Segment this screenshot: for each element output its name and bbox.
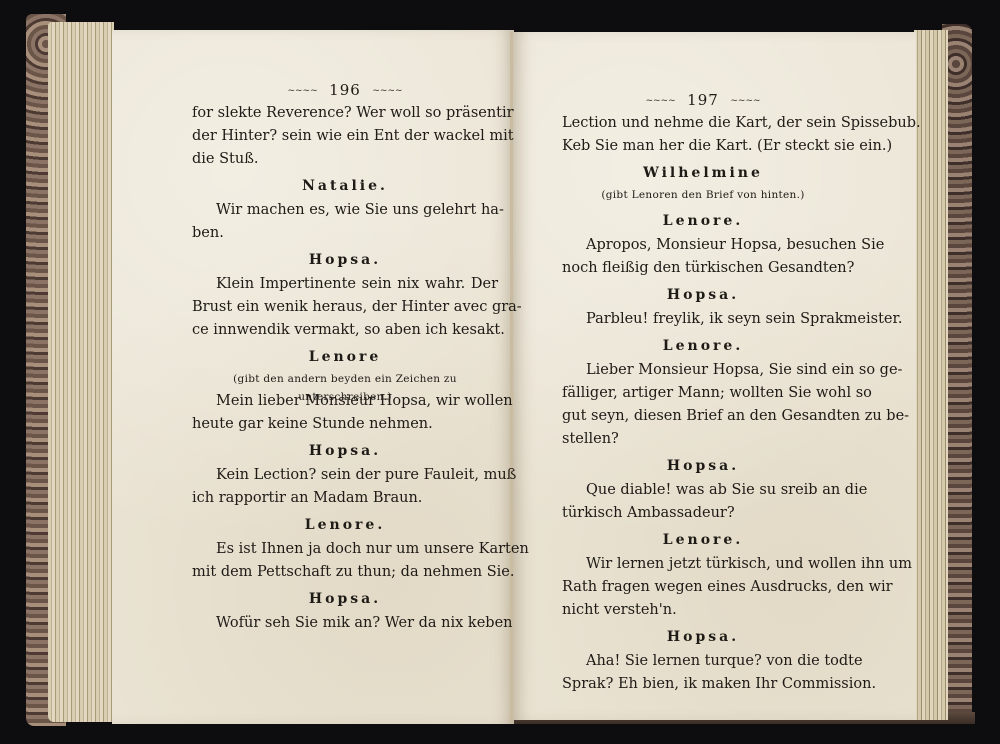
text-line: Rath fragen wegen eines Ausdrucks, den w… xyxy=(562,576,844,599)
text-line: Aha! Sie lernen turque? von die todte xyxy=(562,650,844,673)
speaker-name: Lenore. xyxy=(562,525,844,553)
text-line: Wir lernen jetzt türkisch, und wollen ih… xyxy=(562,553,844,576)
text-line: gut seyn, diesen Brief an den Gesandten … xyxy=(562,405,844,428)
text-line: Apropos, Monsieur Hopsa, besuchen Sie xyxy=(562,234,844,257)
speaker-name: Hopsa. xyxy=(192,584,498,612)
speaker-name: Hopsa. xyxy=(192,436,498,464)
text-line: fälliger, artiger Mann; wollten Sie wohl… xyxy=(562,382,844,405)
speaker-name: Hopsa. xyxy=(562,451,844,479)
speaker-name: Hopsa. xyxy=(562,622,844,650)
text-line: for slekte Reverence? Wer woll so präsen… xyxy=(192,102,498,125)
page-number-value: 197 xyxy=(687,91,719,109)
text-line: Es ist Ihnen ja doch nur um unsere Karte… xyxy=(192,538,498,561)
page-edges-right xyxy=(914,30,948,720)
text-line: Parbleu! freylik, ik seyn sein Sprakmeis… xyxy=(562,308,844,331)
speaker-name: Lenore. xyxy=(192,510,498,538)
text-line: ce innwendik vermakt, so aben ich kesakt… xyxy=(192,319,498,342)
text-line: Que diable! was ab Sie su sreib an die xyxy=(562,479,844,502)
speaker-name: Lenore. xyxy=(562,331,844,359)
text-line: Kein Lection? sein der pure Fauleit, muß xyxy=(192,464,498,487)
text-line: Lieber Monsieur Hopsa, Sie sind ein so g… xyxy=(562,359,844,382)
text-line: mit dem Pettschaft zu thun; da nehmen Si… xyxy=(192,561,498,584)
page-number-value: 196 xyxy=(329,81,361,99)
text-line: heute gar keine Stunde nehmen. xyxy=(192,413,498,436)
text-line: ben. xyxy=(192,222,498,245)
speaker-name: Hopsa. xyxy=(192,245,498,273)
open-book: ~~~~ 196 ~~~~ for slekte Reverence? Wer … xyxy=(0,0,1000,744)
stage-direction: (gibt Lenoren den Brief von hinten.) xyxy=(562,186,844,206)
page-number-left: ~~~~ 196 ~~~~ xyxy=(192,80,498,102)
text-line: stellen? xyxy=(562,428,844,451)
speaker-name: Hopsa. xyxy=(562,280,844,308)
text-line: die Stuß. xyxy=(192,148,498,171)
text-line: Wir machen es, wie Sie uns gelehrt ha- xyxy=(192,199,498,222)
text-line: nicht versteh'n. xyxy=(562,599,844,622)
ornament-icon: ~~~~ xyxy=(645,96,675,106)
text-line: türkisch Ambassadeur? xyxy=(562,502,844,525)
left-page-text: ~~~~ 196 ~~~~ for slekte Reverence? Wer … xyxy=(192,80,498,635)
text-line: Klein Impertinente sein nix wahr. Der xyxy=(192,273,498,296)
right-page-text: ~~~~ 197 ~~~~ Lection und nehme die Kart… xyxy=(562,90,844,696)
speaker-name: Natalie. xyxy=(192,171,498,199)
text-line: Sprak? Eh bien, ik maken Ihr Commission. xyxy=(562,673,844,696)
text-line: Mein lieber Monsieur Hopsa, wir wollen xyxy=(192,390,498,413)
ornament-icon: ~~~~ xyxy=(372,86,402,96)
text-line: ich rapportir an Madam Braun. xyxy=(192,487,498,510)
right-page-body: Lection und nehme die Kart, der sein Spi… xyxy=(562,112,844,696)
left-page-body: for slekte Reverence? Wer woll so präsen… xyxy=(192,102,498,635)
text-line: der Hinter? sein wie ein Ent der wackel … xyxy=(192,125,498,148)
page-number-right: ~~~~ 197 ~~~~ xyxy=(562,90,844,112)
speaker-name: Lenore xyxy=(192,342,498,370)
ornament-icon: ~~~~ xyxy=(730,96,760,106)
speaker-name: Wilhelmine xyxy=(562,158,844,186)
text-line: Wofür seh Sie mik an? Wer da nix keben xyxy=(192,612,498,635)
text-line: Lection und nehme die Kart, der sein Spi… xyxy=(562,112,844,135)
ornament-icon: ~~~~ xyxy=(287,86,317,96)
text-line: Keb Sie man her die Kart. (Er steckt sie… xyxy=(562,135,844,158)
page-edges-left xyxy=(48,22,114,722)
speaker-name: Lenore. xyxy=(562,206,844,234)
stage-direction: (gibt den andern beyden ein Zeichen zu u… xyxy=(192,370,498,390)
text-line: Brust ein wenik heraus, der Hinter avec … xyxy=(192,296,498,319)
text-line: noch fleißig den türkischen Gesandten? xyxy=(562,257,844,280)
